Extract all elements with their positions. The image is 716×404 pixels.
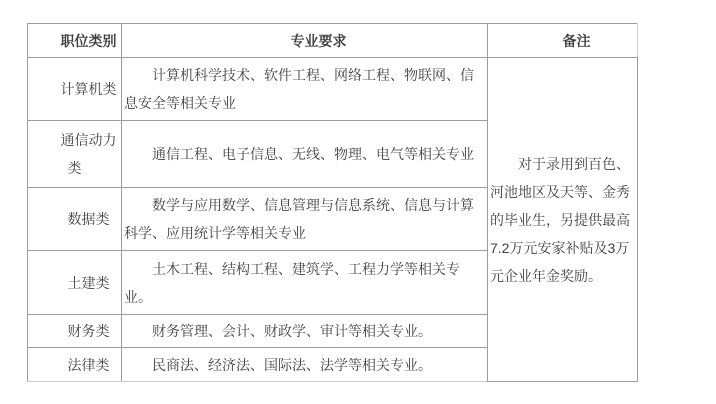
requirements-cell: 数学与应用数学、信息管理与信息系统、信息与计算科学、应用统计学等相关专业: [122, 188, 488, 251]
category-cell: 土建类: [28, 251, 122, 315]
job-categories-table: 职位类别 专业要求 备注 计算机类 计算机科学技术、软件工程、网络工程、物联网、…: [27, 23, 638, 382]
header-category: 职位类别: [28, 24, 122, 58]
header-requirements: 专业要求: [122, 24, 488, 58]
category-cell: 数据类: [28, 188, 122, 251]
requirements-cell: 通信工程、电子信息、无线、物理、电气等相关专业: [122, 121, 488, 188]
requirements-cell: 民商法、经济法、国际法、法学等相关专业。: [122, 348, 488, 382]
header-remark: 备注: [488, 24, 638, 58]
category-cell: 法律类: [28, 348, 122, 382]
category-cell: 通信动力类: [28, 121, 122, 188]
requirements-cell: 计算机科学技术、软件工程、网络工程、物联网、信息安全等相关专业: [122, 58, 488, 121]
table-row: 计算机类 计算机科学技术、软件工程、网络工程、物联网、信息安全等相关专业 对于录…: [28, 58, 638, 121]
category-cell: 财务类: [28, 315, 122, 348]
category-cell: 计算机类: [28, 58, 122, 121]
requirements-cell: 土木工程、结构工程、建筑学、工程力学等相关专业。: [122, 251, 488, 315]
requirements-cell: 财务管理、会计、财政学、审计等相关专业。: [122, 315, 488, 348]
remark-cell: 对于录用到百色、河池地区及天等、金秀的毕业生，另提供最高7.2万元安家补贴及3万…: [488, 58, 638, 382]
table-header-row: 职位类别 专业要求 备注: [28, 24, 638, 58]
